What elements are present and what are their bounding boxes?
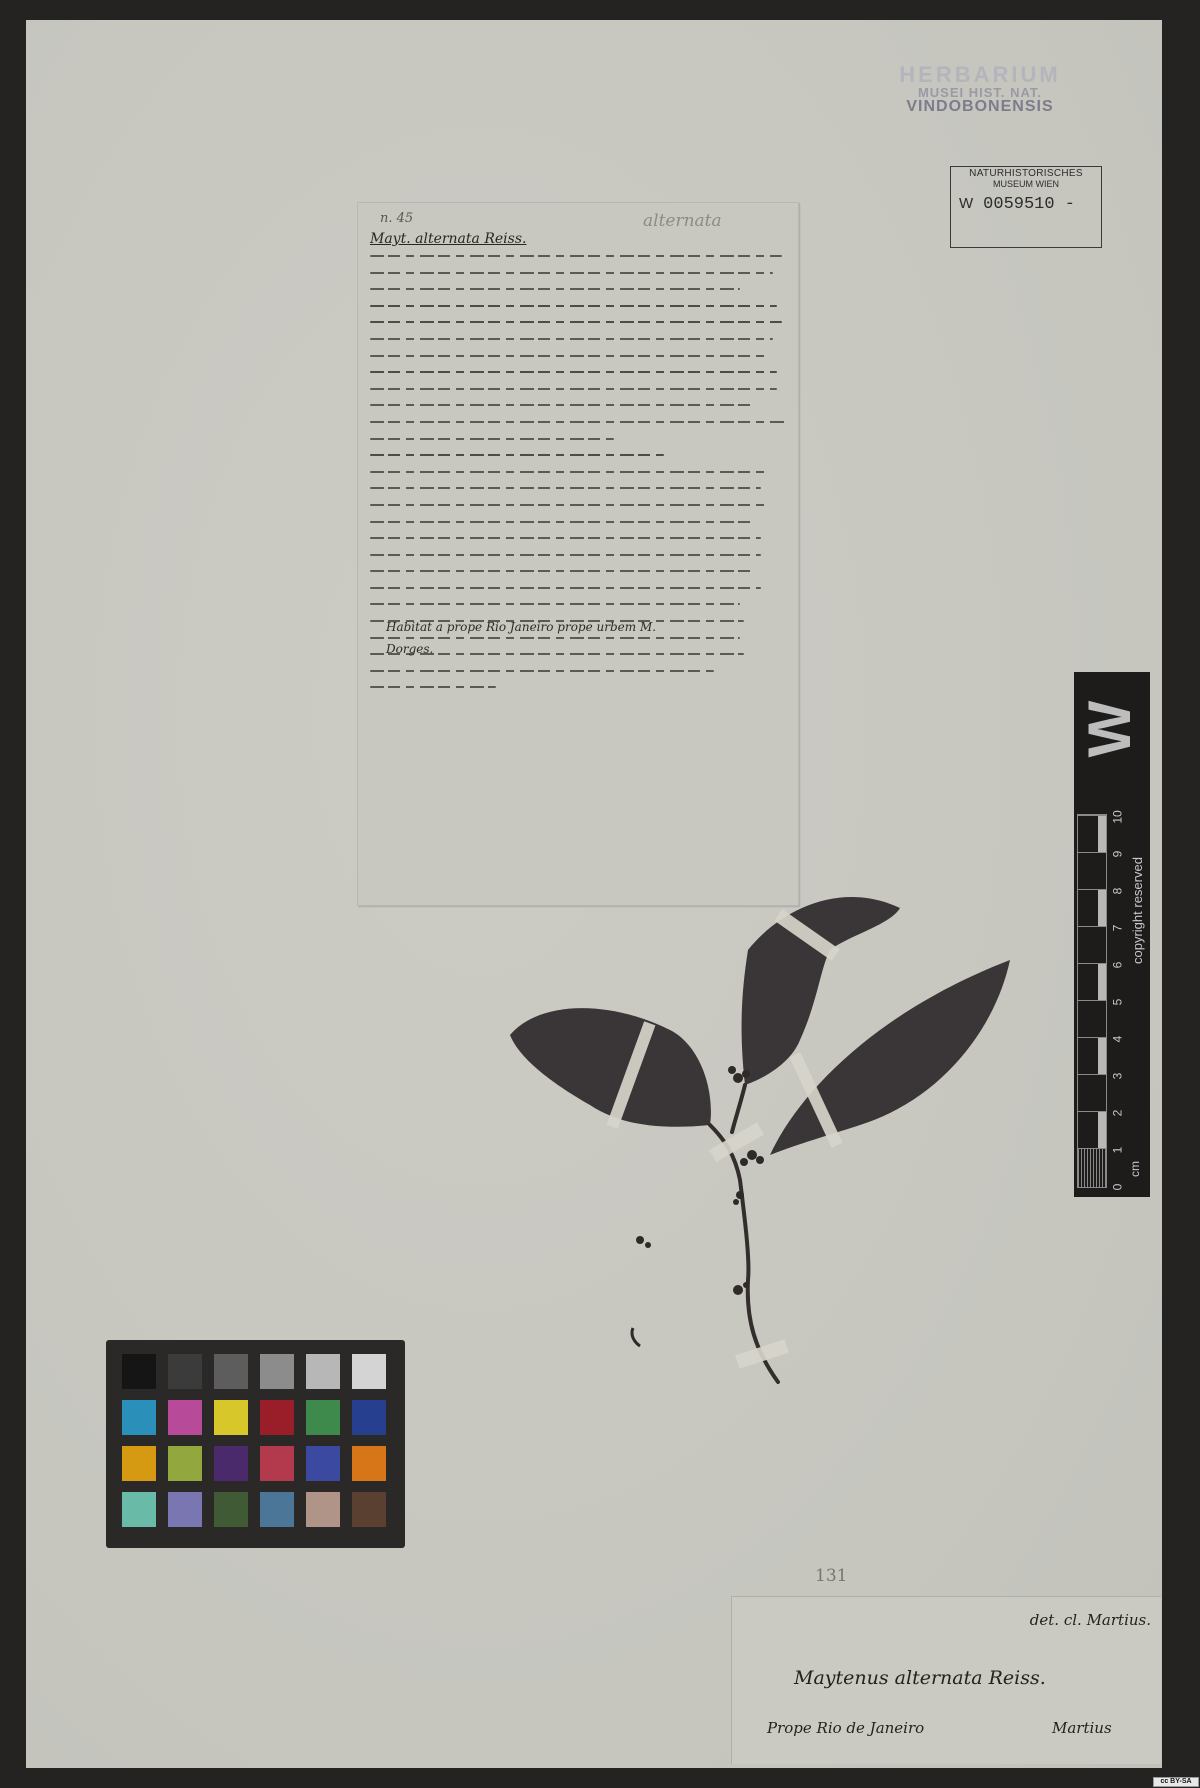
color-patch bbox=[168, 1492, 202, 1527]
cm-ruler bbox=[1077, 814, 1107, 1188]
stamp-line-3: VINDOBONENSIS bbox=[880, 99, 1080, 115]
color-patch bbox=[260, 1354, 294, 1389]
copyright-text: copyright reserved bbox=[1130, 814, 1145, 964]
color-patch bbox=[168, 1446, 202, 1481]
specimen-barcode: W0059510 - bbox=[951, 195, 1101, 214]
color-patch bbox=[122, 1354, 156, 1389]
license-badge: cc BY-SA bbox=[1153, 1777, 1199, 1787]
manuscript-number: n. 45 bbox=[380, 211, 413, 226]
tape-strip bbox=[735, 1339, 789, 1368]
pressed-plant-specimen bbox=[500, 880, 1070, 1430]
color-patch bbox=[306, 1446, 340, 1481]
species-name: Maytenus alternata Reiss. bbox=[794, 1667, 1046, 1689]
locality-text: Prope Rio de Janeiro bbox=[767, 1719, 924, 1737]
herbarium-stamp: HERBARIUM MUSEI HIST. NAT. VINDOBONENSIS bbox=[880, 64, 1080, 115]
ruler-tick-labels: 0 1 2 3 4 5 6 7 8 9 10 bbox=[1114, 672, 1128, 1197]
color-patch bbox=[214, 1446, 248, 1481]
color-patch bbox=[168, 1354, 202, 1389]
color-patch bbox=[352, 1400, 386, 1435]
color-patch bbox=[352, 1446, 386, 1481]
museum-name-line-2: MUSEUM WIEN bbox=[951, 179, 1101, 189]
manuscript-title: Mayt. alternata Reiss. bbox=[370, 231, 526, 247]
color-patch bbox=[122, 1400, 156, 1435]
scale-bar: W 0 1 2 3 4 5 6 7 8 9 10 copyright reser… bbox=[1074, 672, 1150, 1197]
color-patch bbox=[122, 1446, 156, 1481]
color-patch bbox=[260, 1400, 294, 1435]
color-patch bbox=[260, 1446, 294, 1481]
color-patch bbox=[306, 1354, 340, 1389]
stamp-line-1: HERBARIUM bbox=[880, 64, 1080, 86]
barcode-number: 0059510 - bbox=[983, 195, 1075, 214]
pencil-number: 131 bbox=[815, 1566, 847, 1586]
ruler-unit: cm bbox=[1128, 1161, 1142, 1177]
color-patch bbox=[352, 1354, 386, 1389]
color-patch bbox=[352, 1492, 386, 1527]
institution-logo: W bbox=[1075, 699, 1145, 759]
leaf-left bbox=[510, 1008, 711, 1127]
museum-name-line-1: NATURHISTORISCHES bbox=[951, 168, 1101, 179]
barcode-prefix: W bbox=[959, 195, 973, 212]
manuscript-annotation: alternata bbox=[643, 211, 722, 231]
museum-barcode-stamp: NATURHISTORISCHES MUSEUM WIEN W0059510 - bbox=[950, 166, 1102, 248]
color-patch bbox=[306, 1492, 340, 1527]
color-patch-grid bbox=[122, 1354, 386, 1527]
manuscript-note: n. 45 alternata Mayt. alternata Reiss. H… bbox=[357, 202, 799, 906]
color-patch bbox=[214, 1400, 248, 1435]
collector-text: Martius bbox=[1052, 1719, 1112, 1737]
color-patch bbox=[122, 1492, 156, 1527]
determiner-text: det. cl. Martius. bbox=[1030, 1611, 1151, 1629]
habitat-line-1: Habitat a prope Rio Janeiro prope urbem … bbox=[386, 616, 656, 638]
color-patch bbox=[306, 1400, 340, 1435]
color-patch bbox=[260, 1492, 294, 1527]
color-calibration-chart bbox=[106, 1340, 405, 1548]
specimen-label: det. cl. Martius. Maytenus alternata Rei… bbox=[731, 1596, 1161, 1764]
habitat-line-2: Dorges. bbox=[386, 638, 656, 660]
color-patch bbox=[214, 1354, 248, 1389]
color-patch bbox=[214, 1492, 248, 1527]
color-patch bbox=[168, 1400, 202, 1435]
manuscript-habitat: Habitat a prope Rio Janeiro prope urbem … bbox=[386, 616, 656, 660]
